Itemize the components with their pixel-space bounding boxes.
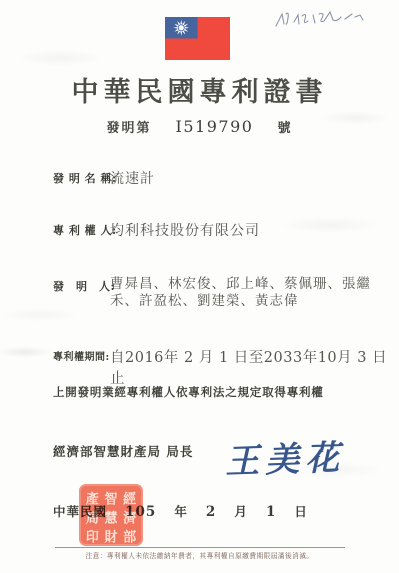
date-day: 1	[266, 504, 276, 520]
patent-number-prefix: 發明第	[107, 117, 152, 136]
patent-term-label: 專利權期間:	[53, 346, 110, 363]
field-inventors: 發 明 人: 曹曻昌、林宏俊、邱上峰、蔡佩珊、張繼禾、許盈松、劉建榮、黃志偉	[53, 276, 375, 310]
patentee-label: 專 利 權 人:	[53, 220, 110, 238]
field-patentee: 專 利 權 人: 均利科技股份有限公司	[53, 220, 260, 240]
official-seal: 產 智 經 局 慧 濟 印 財 部	[79, 484, 143, 546]
grant-declaration: 上開發明業經專利權人依專利法之規定取得專利權	[53, 384, 324, 400]
date-year-unit: 年	[174, 502, 188, 520]
invention-name-label: 發 明 名 稱:	[53, 168, 110, 186]
seal-char: 經	[120, 488, 139, 508]
seal-char: 濟	[120, 507, 139, 527]
field-invention-name: 發 明 名 稱: 流速計	[53, 168, 155, 188]
footer-divider	[55, 547, 345, 548]
date-day-unit: 日	[294, 502, 308, 520]
director-signature: 王美花	[224, 430, 346, 483]
field-patent-term: 專利權期間: 自2016年 2 月 1 日至2033年10月 3 日止	[53, 346, 399, 388]
seal-char: 印	[83, 526, 102, 546]
handwritten-annotation	[272, 8, 390, 34]
inventors-value: 曹曻昌、林宏俊、邱上峰、蔡佩珊、張繼禾、許盈松、劉建榮、黃志偉	[110, 276, 375, 310]
issuing-office-title: 經濟部智慧財產局 局長	[53, 442, 193, 460]
patent-certificate-page: 中華民國專利證書 發明第 I519790 號 發 明 名 稱: 流速計 專 利 …	[0, 0, 399, 573]
invention-name-value: 流速計	[110, 168, 155, 188]
seal-char: 局	[83, 507, 102, 527]
seal-char: 財	[102, 526, 121, 546]
annual-fee-footnote: 注意：專利權人未依法繳納年費者，其專利權自原繳費期限屆滿後消滅。	[10, 551, 389, 561]
certificate-title: 中華民國專利證書	[0, 70, 399, 109]
date-month-unit: 月	[234, 502, 248, 520]
seal-char: 慧	[102, 507, 121, 527]
patentee-value: 均利科技股份有限公司	[110, 220, 260, 240]
inventors-label: 發 明 人:	[53, 276, 110, 294]
roc-flag	[165, 17, 230, 60]
patent-term-value: 自2016年 2 月 1 日至2033年10月 3 日止	[110, 346, 399, 388]
seal-char: 產	[83, 488, 102, 508]
seal-char: 智	[102, 488, 121, 508]
seal-char: 部	[120, 526, 139, 546]
patent-number-suffix: 號	[277, 117, 292, 136]
patent-number-row: 發明第 I519790 號	[0, 117, 399, 136]
patent-number: I519790	[176, 117, 254, 136]
date-month: 2	[206, 504, 216, 520]
